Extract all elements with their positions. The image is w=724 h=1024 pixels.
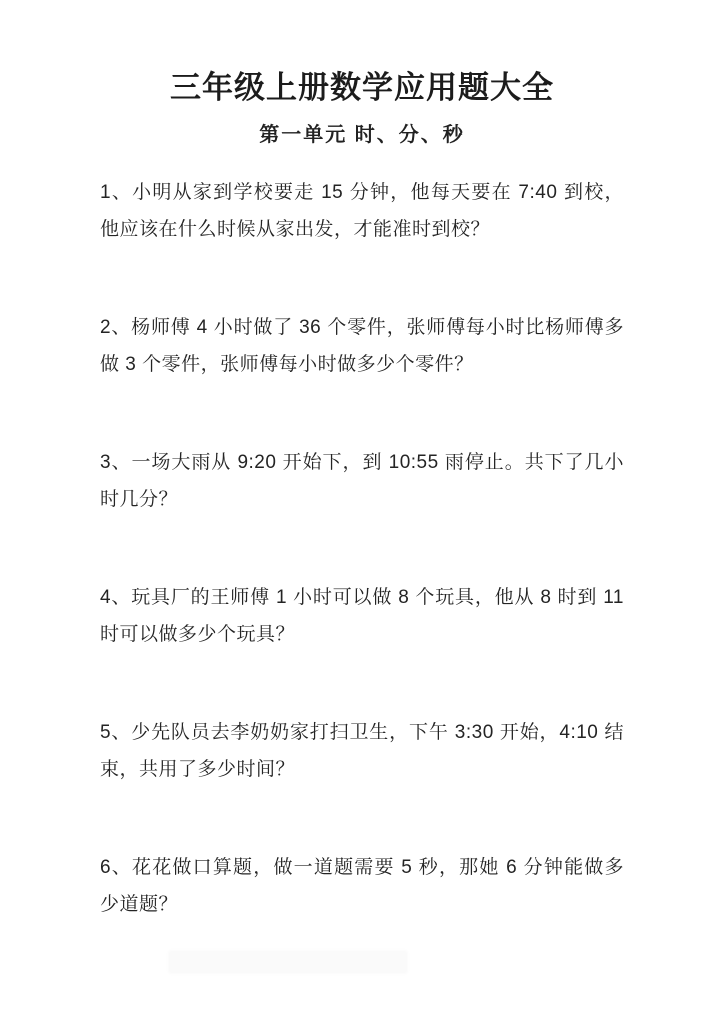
problem-5: 5、少先队员去李奶奶家打扫卫生，下午 3:30 开始，4:10 结束，共用了多少… — [100, 714, 624, 788]
problem-4: 4、玩具厂的王师傅 1 小时可以做 8 个玩具，他从 8 时到 11 时可以做多… — [100, 579, 624, 653]
faint-watermark — [168, 950, 408, 974]
problem-list: 1、小明从家到学校要走 15 分钟，他每天要在 7:40 到校，他应该在什么时候… — [100, 174, 624, 923]
problem-1: 1、小明从家到学校要走 15 分钟，他每天要在 7:40 到校，他应该在什么时候… — [100, 174, 624, 248]
unit-subtitle: 第一单元 时、分、秒 — [0, 121, 724, 149]
page-title: 三年级上册数学应用题大全 — [0, 68, 724, 108]
problem-6: 6、花花做口算题，做一道题需要 5 秒，那她 6 分钟能做多少道题？ — [100, 849, 624, 923]
problem-2: 2、杨师傅 4 小时做了 36 个零件，张师傅每小时比杨师傅多做 3 个零件，张… — [100, 309, 624, 383]
worksheet-page: 三年级上册数学应用题大全 第一单元 时、分、秒 1、小明从家到学校要走 15 分… — [0, 0, 724, 1024]
problem-3: 3、一场大雨从 9:20 开始下，到 10:55 雨停止。共下了几小时几分？ — [100, 444, 624, 518]
